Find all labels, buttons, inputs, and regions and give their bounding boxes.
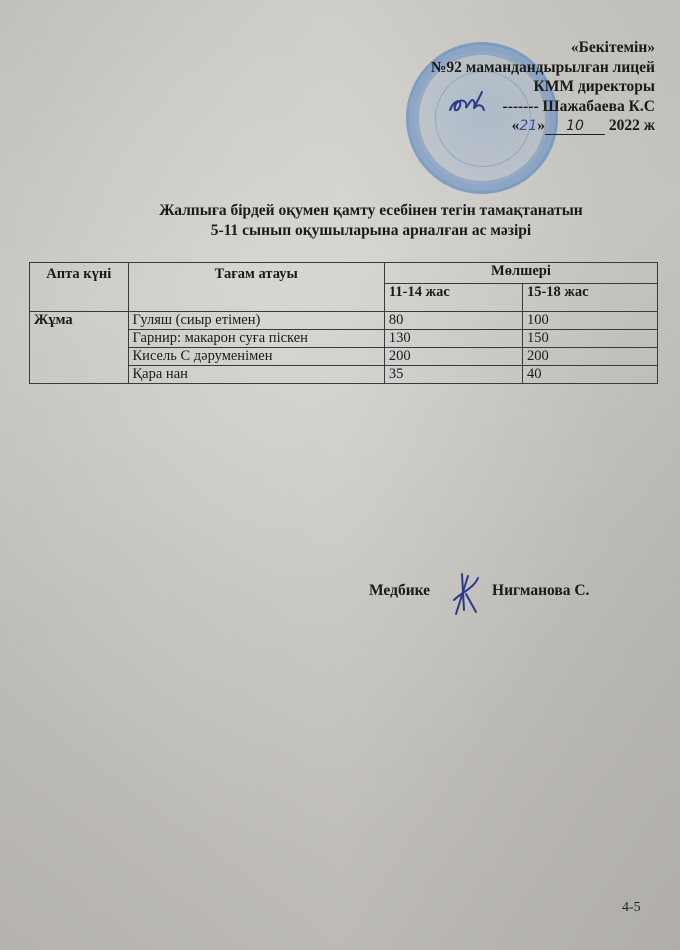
header-age-11-14: 11-14 жас	[384, 284, 522, 312]
day-cell: Жұма	[30, 312, 129, 384]
date-day: 21	[519, 118, 537, 134]
table-row: Жұма Гуляш (сиыр етімен) 80 100	[30, 312, 658, 330]
dish-cell: Кисель С дәруменімен	[128, 348, 384, 366]
header-age-15-18: 15-18 жас	[522, 284, 657, 312]
header-amount: Мөлшері	[384, 263, 657, 284]
age1-cell: 35	[384, 366, 522, 384]
table-header-row: Апта күні Тағам атауы Мөлшері	[30, 263, 658, 284]
age2-cell: 40	[522, 366, 657, 384]
nurse-role: Медбике	[369, 582, 430, 599]
dish-cell: Гуляш (сиыр етімен)	[128, 312, 384, 330]
header-dish: Тағам атауы	[128, 263, 384, 312]
date-quote-close: »	[537, 117, 545, 134]
menu-title: Жалпыға бірдей оқумен қамту есебінен тег…	[0, 201, 680, 241]
signature-dots: -------	[503, 98, 539, 115]
approval-heading: «Бекітемін»	[431, 38, 655, 58]
director-name: Шажабаева К.С	[539, 98, 655, 115]
title-line-2: 5-11 сынып оқушыларына арналған ас мәзір…	[0, 221, 680, 241]
age2-cell: 200	[522, 348, 657, 366]
dish-cell: Гарнир: макарон суға піскен	[128, 330, 384, 348]
nurse-name: Нигманова С.	[492, 582, 589, 599]
dish-cell: Қара нан	[128, 366, 384, 384]
title-line-1: Жалпыға бірдей оқумен қамту есебінен тег…	[0, 201, 680, 221]
director-signature-icon	[446, 88, 506, 118]
paper-background	[0, 0, 680, 950]
page-number: 4-5	[622, 900, 641, 916]
age2-cell: 150	[522, 330, 657, 348]
age1-cell: 200	[384, 348, 522, 366]
approval-date: «21»10 2022 ж	[431, 116, 655, 137]
age2-cell: 100	[522, 312, 657, 330]
school-name: №92 мамандандырылған лицей	[431, 58, 655, 78]
age1-cell: 130	[384, 330, 522, 348]
header-day: Апта күні	[30, 263, 129, 312]
menu-table: Апта күні Тағам атауы Мөлшері 11-14 жас …	[29, 262, 658, 384]
date-month: 10	[545, 119, 605, 135]
date-year: 2022 ж	[605, 117, 655, 134]
nurse-signature-icon	[448, 570, 482, 620]
age1-cell: 80	[384, 312, 522, 330]
